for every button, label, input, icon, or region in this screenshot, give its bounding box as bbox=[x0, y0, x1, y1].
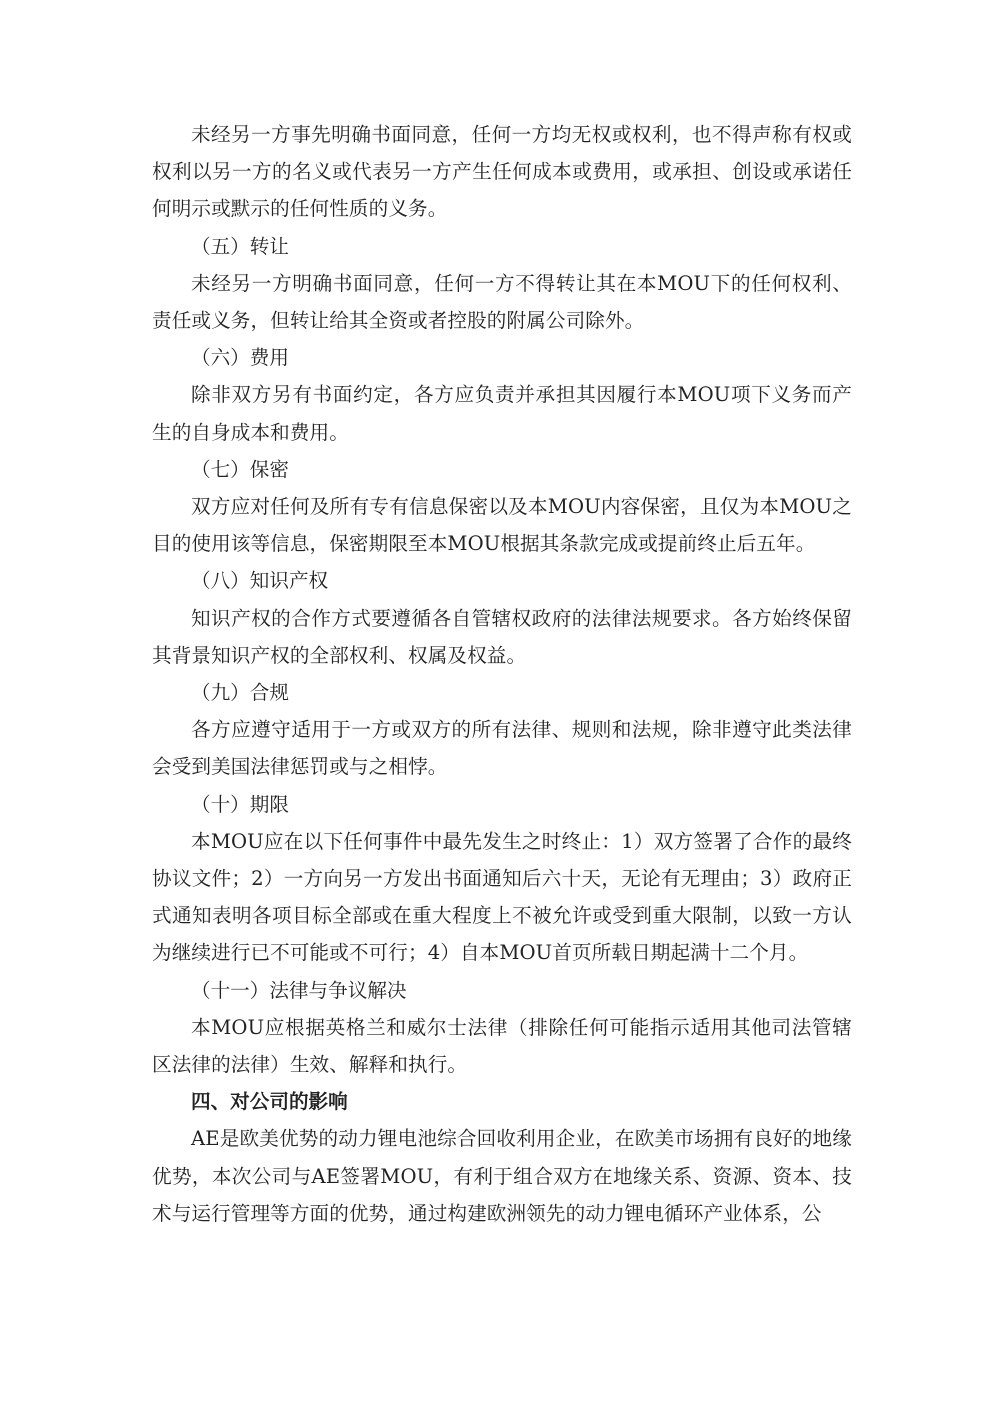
paragraph-term: 本MOU应在以下任何事件中最先发生之时终止：1）双方签署了合作的最终协议文件；2… bbox=[152, 823, 852, 972]
clause-heading-term: （十）期限 bbox=[152, 786, 852, 823]
paragraph-assignment: 未经另一方明确书面同意，任何一方不得转让其在本MOU下的任何权利、责任或义务，但… bbox=[152, 265, 852, 339]
clause-heading-confidentiality: （七）保密 bbox=[152, 451, 852, 488]
paragraph-company-impact: AE是欧美优势的动力锂电池综合回收利用企业，在欧美市场拥有良好的地缘优势，本次公… bbox=[152, 1120, 852, 1232]
paragraph-governing-law: 本MOU应根据英格兰和威尔士法律（排除任何可能指示适用其他司法管辖区法律的法律）… bbox=[152, 1009, 852, 1083]
paragraph-intellectual-property: 知识产权的合作方式要遵循各自管辖权政府的法律法规要求。各方始终保留其背景知识产权… bbox=[152, 600, 852, 674]
clause-heading-assignment: （五）转让 bbox=[152, 228, 852, 265]
clause-heading-expenses: （六）费用 bbox=[152, 339, 852, 376]
clause-heading-compliance: （九）合规 bbox=[152, 674, 852, 711]
paragraph-no-authority: 未经另一方事先明确书面同意，任何一方均无权或权利，也不得声称有权或权利以另一方的… bbox=[152, 116, 852, 228]
paragraph-expenses: 除非双方另有书面约定，各方应负责并承担其因履行本MOU项下义务而产生的自身成本和… bbox=[152, 376, 852, 450]
section-heading-company-impact: 四、对公司的影响 bbox=[152, 1083, 852, 1120]
clause-heading-intellectual-property: （八）知识产权 bbox=[152, 562, 852, 599]
paragraph-compliance: 各方应遵守适用于一方或双方的所有法律、规则和法规，除非遵守此类法律会受到美国法律… bbox=[152, 711, 852, 785]
clause-heading-governing-law: （十一）法律与争议解决 bbox=[152, 972, 852, 1009]
paragraph-confidentiality: 双方应对任何及所有专有信息保密以及本MOU内容保密，且仅为本MOU之目的使用该等… bbox=[152, 488, 852, 562]
document-page: 未经另一方事先明确书面同意，任何一方均无权或权利，也不得声称有权或权利以另一方的… bbox=[152, 116, 852, 1232]
